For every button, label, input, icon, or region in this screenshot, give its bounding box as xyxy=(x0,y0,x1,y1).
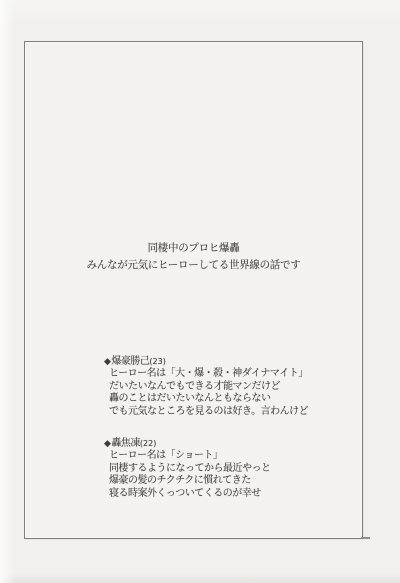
intro-line-1: 同棲中のプロヒ爆轟 xyxy=(24,240,363,257)
border-corner-artifact xyxy=(361,537,370,539)
character-name-heading: ◆爆豪勝己(23) xyxy=(104,356,308,368)
character-name: 轟焦凍 xyxy=(111,438,140,449)
character-profile-todoroki: ◆轟焦凍(22) ヒーロー名は「ショート」 同棲するようになってから最近やっと … xyxy=(104,438,271,500)
scanned-doujin-page: 同棲中のプロヒ爆轟 みんなが元気にヒーローしてる世界線の話です ◆爆豪勝己(23… xyxy=(0,0,400,583)
intro-line-2: みんなが元気にヒーローしてる世界線の話です xyxy=(24,257,363,274)
profile-line: 同棲するようになってから最近やっと xyxy=(104,463,271,475)
profile-line: ヒーロー名は「大・爆・殺・神ダイナマイト」 xyxy=(104,368,308,380)
profile-line: でも元気なところを見るのは好き。言わんけど xyxy=(104,406,308,418)
character-name: 爆豪勝己 xyxy=(111,356,149,367)
character-profile-bakugou: ◆爆豪勝己(23) ヒーロー名は「大・爆・殺・神ダイナマイト」 だいたいなんでも… xyxy=(104,356,308,418)
character-name-heading: ◆轟焦凍(22) xyxy=(104,438,271,450)
diamond-bullet-icon: ◆ xyxy=(104,439,110,449)
character-age: (22) xyxy=(140,439,156,448)
profile-line: 轟のことはだいたいなんともならない xyxy=(104,393,308,405)
profile-line: 爆豪の髪のチクチクに慣れてきた xyxy=(104,475,271,487)
character-age: (23) xyxy=(149,357,165,366)
profile-line: だいたいなんでもできる才能マンだけど xyxy=(104,381,308,393)
profile-line: 寝る時案外くっついてくるのが幸せ xyxy=(104,488,271,500)
intro-text-block: 同棲中のプロヒ爆轟 みんなが元気にヒーローしてる世界線の話です xyxy=(24,240,363,274)
diamond-bullet-icon: ◆ xyxy=(104,357,110,367)
profile-line: ヒーロー名は「ショート」 xyxy=(104,450,271,462)
